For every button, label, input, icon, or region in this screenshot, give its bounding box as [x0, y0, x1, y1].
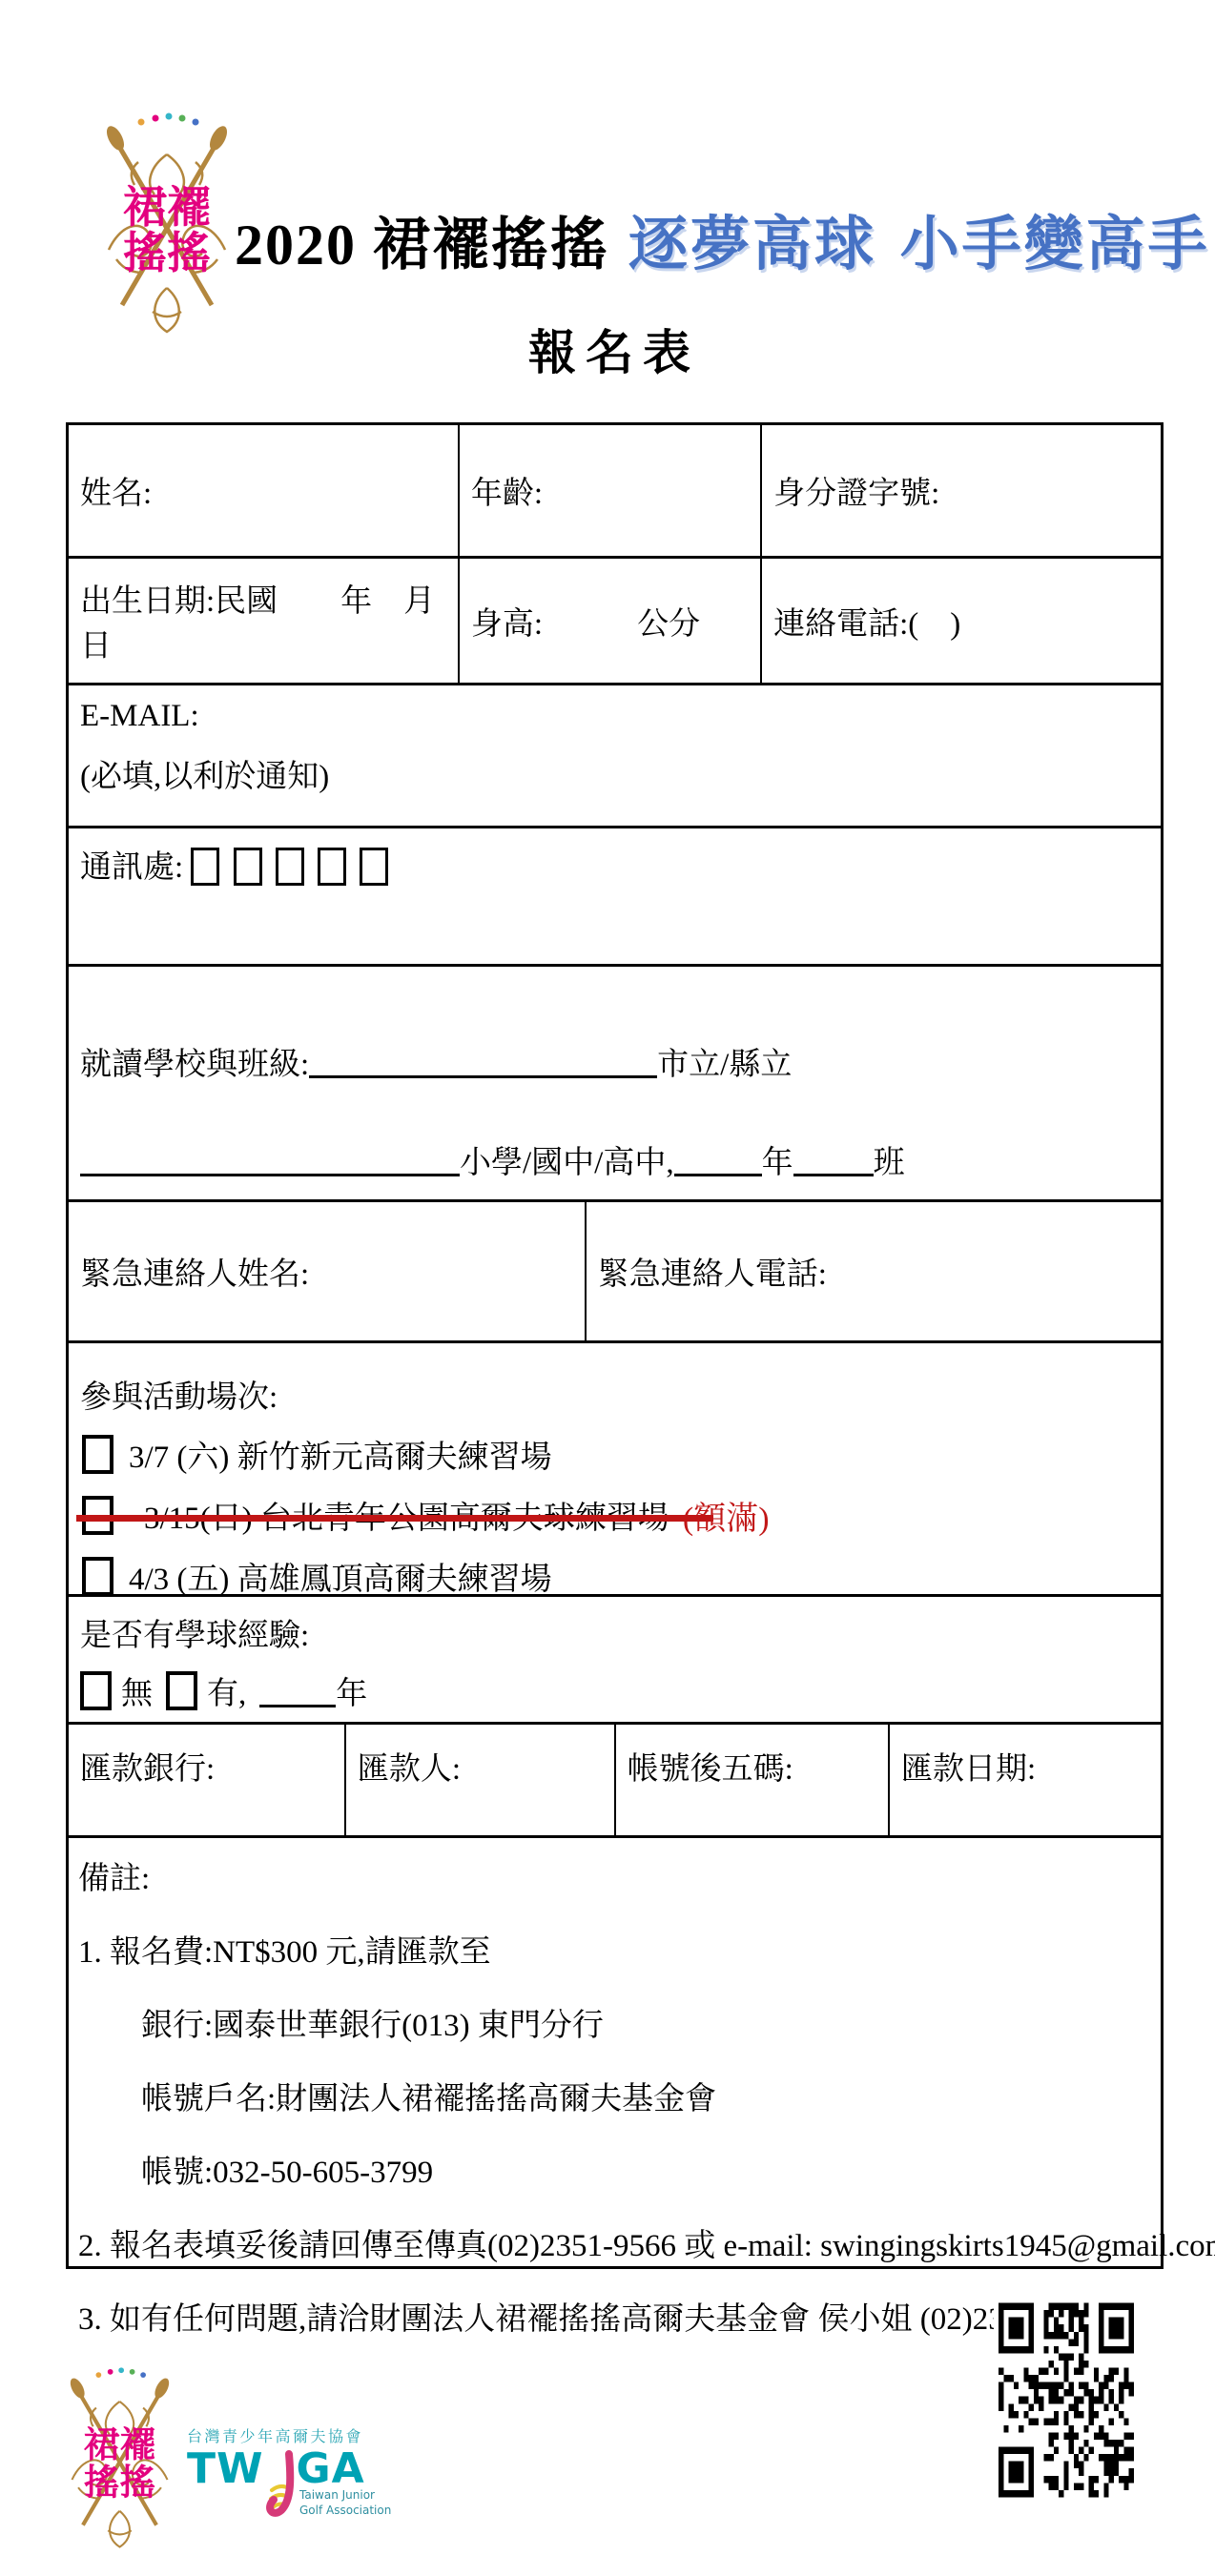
birth-date-label: 出生日期:民國 年 月 日: [80, 576, 458, 665]
experience-none-label: 無: [121, 1668, 153, 1713]
note-contact: 3. 如有任何問題,請洽財團法人裙襬搖搖高爾夫基金會 侯小姐 (02)2351-…: [78, 2294, 1147, 2339]
notes-cell: 備註: 1. 報名費:NT$300 元,請匯款至 銀行:國泰世華銀行(013) …: [69, 1838, 1161, 2266]
payment-payer-label: 匯款人:: [358, 1744, 461, 1789]
height-label: 身高: 公分: [471, 599, 700, 644]
payment-payer-cell[interactable]: 匯款人:: [346, 1725, 616, 1835]
experience-years-blank[interactable]: [259, 1675, 336, 1707]
event-title-year: 2020 裙襬搖搖: [235, 199, 609, 281]
registration-form-page: 裙襬 搖搖 2020 裙襬搖搖 逐夢高球 小手變高手 報名表 姓名: 年齡: 身…: [0, 0, 1215, 2576]
logo-wordmark-line2: 搖搖: [84, 2464, 155, 2501]
swinging-skirts-logo-footer: 裙襬 搖搖: [61, 2362, 178, 2550]
logo-wordmark-line1: 裙襬: [123, 185, 211, 231]
twjga-logo: 台灣青少年高爾夫協會 TW GA Taiwan Junior Golf Asso…: [187, 2424, 406, 2521]
activity-option-2: 3/15(日) 台北青年公園高爾夫球練習場 (額滿): [82, 1492, 1147, 1539]
school-class-unit: 班: [874, 1146, 905, 1180]
activity-1-checkbox[interactable]: [82, 1435, 113, 1474]
id-number-cell[interactable]: 身分證字號:: [762, 425, 1161, 556]
school-cell[interactable]: 就讀學校與班級:市立/縣立 小學/國中/高中,年班: [69, 967, 1161, 1199]
experience-cell: 是否有學球經驗: 無 有, 年: [69, 1597, 1161, 1722]
postal-code-box[interactable]: [360, 848, 388, 886]
school-class-blank[interactable]: [793, 1144, 874, 1176]
emergency-phone-cell[interactable]: 緊急連絡人電話:: [587, 1202, 1161, 1340]
logo-wordmark: 裙襬 搖搖: [123, 185, 211, 276]
id-number-label: 身分證字號:: [773, 468, 939, 513]
golf-club-j-icon: [266, 2450, 295, 2521]
email-note: (必填,以利於通知): [80, 751, 1147, 796]
event-title: 2020 裙襬搖搖 逐夢高球 小手變高手: [235, 196, 1210, 281]
address-cell[interactable]: 通訊處:: [69, 828, 1161, 964]
activities-cell: 參與活動場次: 3/7 (六) 新竹新元高爾夫練習場 3/15(日) 台北青年公…: [69, 1343, 1161, 1594]
swinging-skirts-logo: 裙襬 搖搖: [95, 107, 238, 336]
payment-date-label: 匯款日期:: [901, 1744, 1036, 1789]
note-account-number: 帳號:032-50-605-3799: [78, 2147, 1147, 2192]
phone-label: 連絡電話:( ): [773, 599, 960, 644]
school-type-label: 小學/國中/高中,: [460, 1146, 674, 1180]
payment-last5-cell[interactable]: 帳號後五碼:: [616, 1725, 890, 1835]
twjga-chinese-name: 台灣青少年高爾夫協會: [187, 2424, 406, 2446]
school-city-label: 市立/縣立: [657, 1048, 792, 1082]
activity-3-checkbox[interactable]: [82, 1557, 113, 1596]
twjga-tagline-line1: Taiwan Junior: [299, 2487, 391, 2503]
table-row-notes: 備註: 1. 報名費:NT$300 元,請匯款至 銀行:國泰世華銀行(013) …: [69, 1838, 1161, 2266]
school-name-blank[interactable]: [309, 1046, 657, 1078]
twjga-tagline: Taiwan Junior Golf Association: [299, 2487, 391, 2518]
experience-year-unit: 年: [336, 1668, 367, 1713]
phone-cell[interactable]: 連絡電話:( ): [762, 559, 1161, 683]
event-title-slogan: 逐夢高球 小手變高手: [628, 196, 1210, 281]
experience-has-label: 有,: [207, 1668, 246, 1713]
age-label: 年齡:: [471, 468, 543, 513]
note-fee: 1. 報名費:NT$300 元,請匯款至: [78, 1927, 1147, 1972]
activity-option-1: 3/7 (六) 新竹新元高爾夫練習場: [82, 1432, 1147, 1477]
qr-code: [994, 2296, 1139, 2504]
payment-bank-label: 匯款銀行:: [80, 1744, 215, 1789]
postal-code-box[interactable]: [234, 848, 262, 886]
name-cell[interactable]: 姓名:: [69, 425, 460, 556]
emergency-name-cell[interactable]: 緊急連絡人姓名:: [69, 1202, 587, 1340]
notes-title: 備註:: [78, 1853, 1147, 1898]
logo-wordmark-line1: 裙襬: [84, 2426, 155, 2464]
table-row-school: 就讀學校與班級:市立/縣立 小學/國中/高中,年班: [69, 967, 1161, 1202]
experience-label: 是否有學球經驗:: [80, 1610, 1147, 1655]
logo-wordmark-line2: 搖搖: [123, 231, 211, 276]
twjga-letters-tw: TW: [187, 2448, 264, 2490]
table-row-email: E-MAIL: (必填,以利於通知): [69, 685, 1161, 828]
activities-label: 參與活動場次:: [80, 1372, 1147, 1417]
payment-bank-cell[interactable]: 匯款銀行:: [69, 1725, 346, 1835]
postal-code-box[interactable]: [191, 848, 219, 886]
table-row-activities: 參與活動場次: 3/7 (六) 新竹新元高爾夫練習場 3/15(日) 台北青年公…: [69, 1343, 1161, 1597]
table-row-emergency: 緊急連絡人姓名: 緊急連絡人電話:: [69, 1202, 1161, 1343]
registration-table: 姓名: 年齡: 身分證字號: 出生日期:民國 年 月 日 身高: 公分 連絡電話…: [66, 422, 1164, 2269]
activity-3-label: 4/3 (五) 高雄鳳頂高爾夫練習場: [129, 1554, 552, 1599]
email-label: E-MAIL:: [80, 699, 1147, 734]
payment-last5-label: 帳號後五碼:: [628, 1744, 793, 1789]
logo-wordmark: 裙襬 搖搖: [84, 2426, 155, 2501]
school-year-unit: 年: [762, 1146, 793, 1180]
address-label: 通訊處:: [80, 850, 183, 885]
table-row-address: 通訊處:: [69, 828, 1161, 967]
payment-date-cell[interactable]: 匯款日期:: [890, 1725, 1161, 1835]
table-row-payment: 匯款銀行: 匯款人: 帳號後五碼: 匯款日期:: [69, 1725, 1161, 1838]
name-label: 姓名:: [80, 468, 152, 513]
form-title: 報名表: [528, 315, 700, 383]
twjga-tagline-line2: Golf Association: [299, 2503, 391, 2518]
activity-1-label: 3/7 (六) 新竹新元高爾夫練習場: [129, 1432, 552, 1477]
twjga-letters-ga: GA: [297, 2448, 365, 2490]
postal-code-box[interactable]: [318, 848, 346, 886]
activity-option-3: 4/3 (五) 高雄鳳頂高爾夫練習場: [82, 1554, 1147, 1599]
table-row-birth: 出生日期:民國 年 月 日 身高: 公分 連絡電話:( ): [69, 559, 1161, 685]
experience-has-checkbox[interactable]: [166, 1671, 197, 1710]
table-row-identity: 姓名: 年齡: 身分證字號:: [69, 425, 1161, 559]
table-row-experience: 是否有學球經驗: 無 有, 年: [69, 1597, 1161, 1725]
experience-none-checkbox[interactable]: [80, 1671, 112, 1710]
note-fax-email: 2. 報名表填妥後請回傳至傳真(02)2351-9566 或 e-mail: s…: [78, 2220, 1147, 2265]
note-bank: 銀行:國泰世華銀行(013) 東門分行: [78, 2000, 1147, 2045]
note-account-name: 帳號戶名:財團法人裙襬搖搖高爾夫基金會: [78, 2074, 1147, 2118]
postal-code-box[interactable]: [276, 848, 304, 886]
emergency-phone-label: 緊急連絡人電話:: [598, 1249, 827, 1294]
soldout-strikethrough-line: [76, 1515, 713, 1522]
school-label: 就讀學校與班級:: [80, 1048, 309, 1082]
age-cell[interactable]: 年齡:: [460, 425, 762, 556]
school-grade-blank[interactable]: [674, 1144, 762, 1176]
emergency-name-label: 緊急連絡人姓名:: [80, 1249, 309, 1294]
height-cell[interactable]: 身高: 公分: [460, 559, 762, 683]
school-name2-blank[interactable]: [80, 1144, 460, 1176]
birth-date-cell[interactable]: 出生日期:民國 年 月 日: [69, 559, 460, 683]
email-cell[interactable]: E-MAIL: (必填,以利於通知): [69, 685, 1161, 826]
